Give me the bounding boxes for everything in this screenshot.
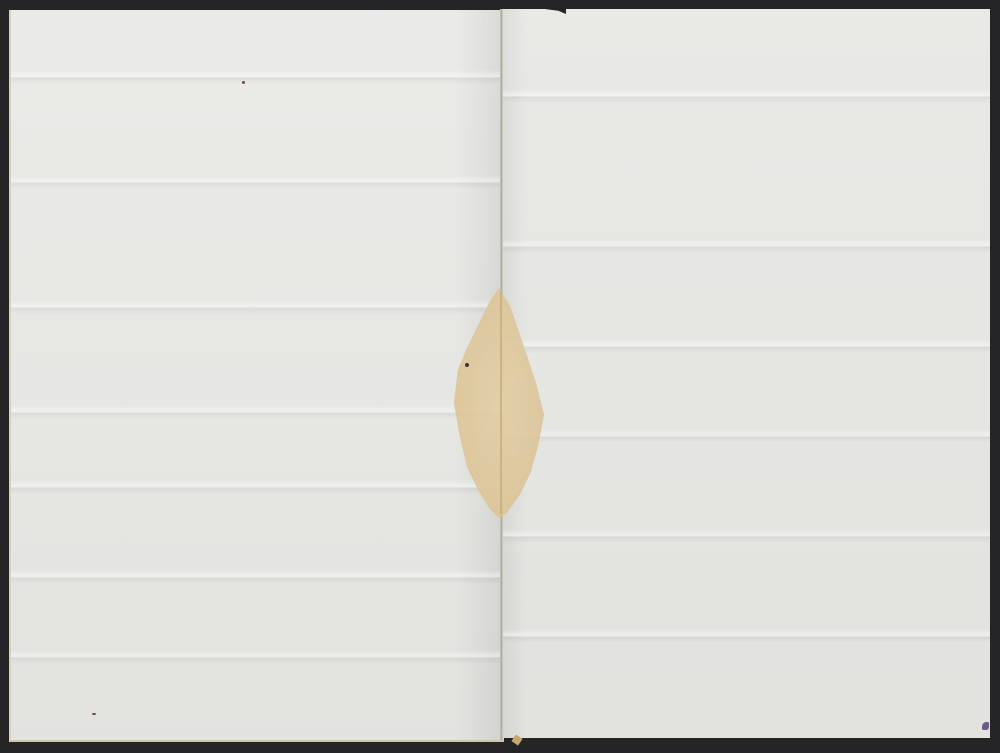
stain-gutter-line [500,292,502,514]
paper-wrinkle [11,70,504,84]
paper-wrinkle [11,480,504,494]
paper-wrinkle [502,239,990,253]
paper-wrinkle [11,300,504,314]
ink-speck [92,713,96,715]
ink-speck [465,363,469,367]
paper-wrinkle [11,405,504,419]
paper-wrinkle [11,650,504,664]
ink-speck [242,81,245,84]
paper-wrinkle [502,529,990,543]
paper-wrinkle [11,570,504,584]
paper-wrinkle [11,175,504,189]
right-page [502,9,990,738]
paper-wrinkle [502,89,990,103]
paper-wrinkle [502,339,990,353]
paper-wrinkle [502,629,990,643]
paper-wrinkle [502,429,990,443]
corner-mark [982,722,989,730]
left-page [9,10,504,742]
